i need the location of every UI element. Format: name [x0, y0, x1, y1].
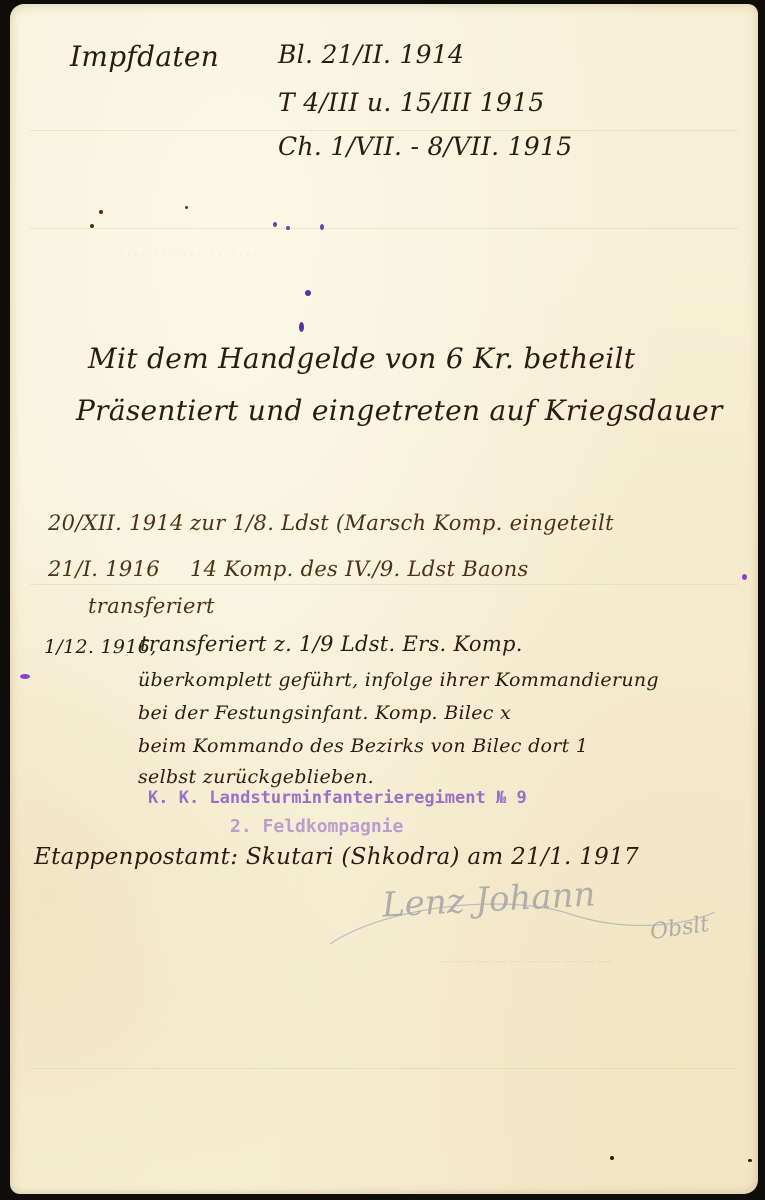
- entry-3-line-2: bei der Festungsinfant. Komp. Bilec x: [138, 702, 511, 724]
- document-page: . . . . . . . . . . . . . . . . . . . . …: [10, 4, 758, 1194]
- violet-speck: [305, 290, 311, 296]
- bleedthrough-text: — — — — — — — — — —: [440, 954, 612, 970]
- entry-1-text: zur 1/8. Ldst (Marsch Komp. eingeteilt: [190, 511, 614, 535]
- violet-speck: [742, 574, 747, 580]
- entry-2-date: 21/I. 1916: [48, 557, 160, 581]
- ink-speck: [185, 206, 188, 209]
- vaccination-line-2: T 4/III u. 15/III 1915: [278, 88, 545, 117]
- ink-speck: [610, 1156, 614, 1160]
- entry-2-continuation: transferiert: [88, 594, 215, 618]
- entry-1-date: 20/XII. 1914: [48, 511, 184, 535]
- ruled-line: [30, 130, 738, 131]
- stamp-company: 2. Feldkompagnie: [230, 816, 403, 837]
- ruled-line: [30, 228, 738, 229]
- ink-speck: [99, 210, 103, 214]
- entry-3-line-4: selbst zurückgeblieben.: [138, 766, 374, 788]
- violet-speck: [20, 674, 30, 679]
- violet-speck: [286, 226, 290, 230]
- enlistment-line-1: Mit dem Handgelde von 6 Kr. betheilt: [88, 342, 635, 375]
- enlistment-line-2: Präsentiert und eingetreten auf Kriegsda…: [76, 394, 723, 427]
- signature-flourish-icon: [310, 884, 730, 954]
- postal-office-line: Etappenpostamt: Skutari (Shkodra) am 21/…: [34, 844, 639, 870]
- entry-3-line-1: überkomplett geführt, infolge ihrer Komm…: [138, 669, 659, 691]
- ruled-line: [30, 584, 738, 585]
- violet-speck: [299, 322, 304, 332]
- vaccination-line-1: Bl. 21/II. 1914: [278, 40, 464, 69]
- vaccination-label: Impfdaten: [70, 40, 219, 73]
- violet-speck: [320, 224, 324, 230]
- ruled-line: [30, 1068, 738, 1069]
- entry-3-text: transferiert z. 1/9 Ldst. Ers. Komp.: [140, 632, 523, 656]
- entry-3-line-3: beim Kommando des Bezirks von Bilec dort…: [138, 735, 588, 757]
- ink-speck: [748, 1159, 752, 1162]
- violet-speck: [273, 222, 277, 227]
- bleedthrough-text: . . . . . . . . . . . . . . . . . . . . …: [120, 244, 264, 260]
- stamp-regiment: K. K. Landsturminfanterieregiment № 9: [148, 788, 527, 808]
- vaccination-line-3: Ch. 1/VII. - 8/VII. 1915: [278, 132, 572, 161]
- entry-2-text: 14 Komp. des IV./9. Ldst Baons: [190, 557, 529, 581]
- ink-speck: [90, 224, 94, 228]
